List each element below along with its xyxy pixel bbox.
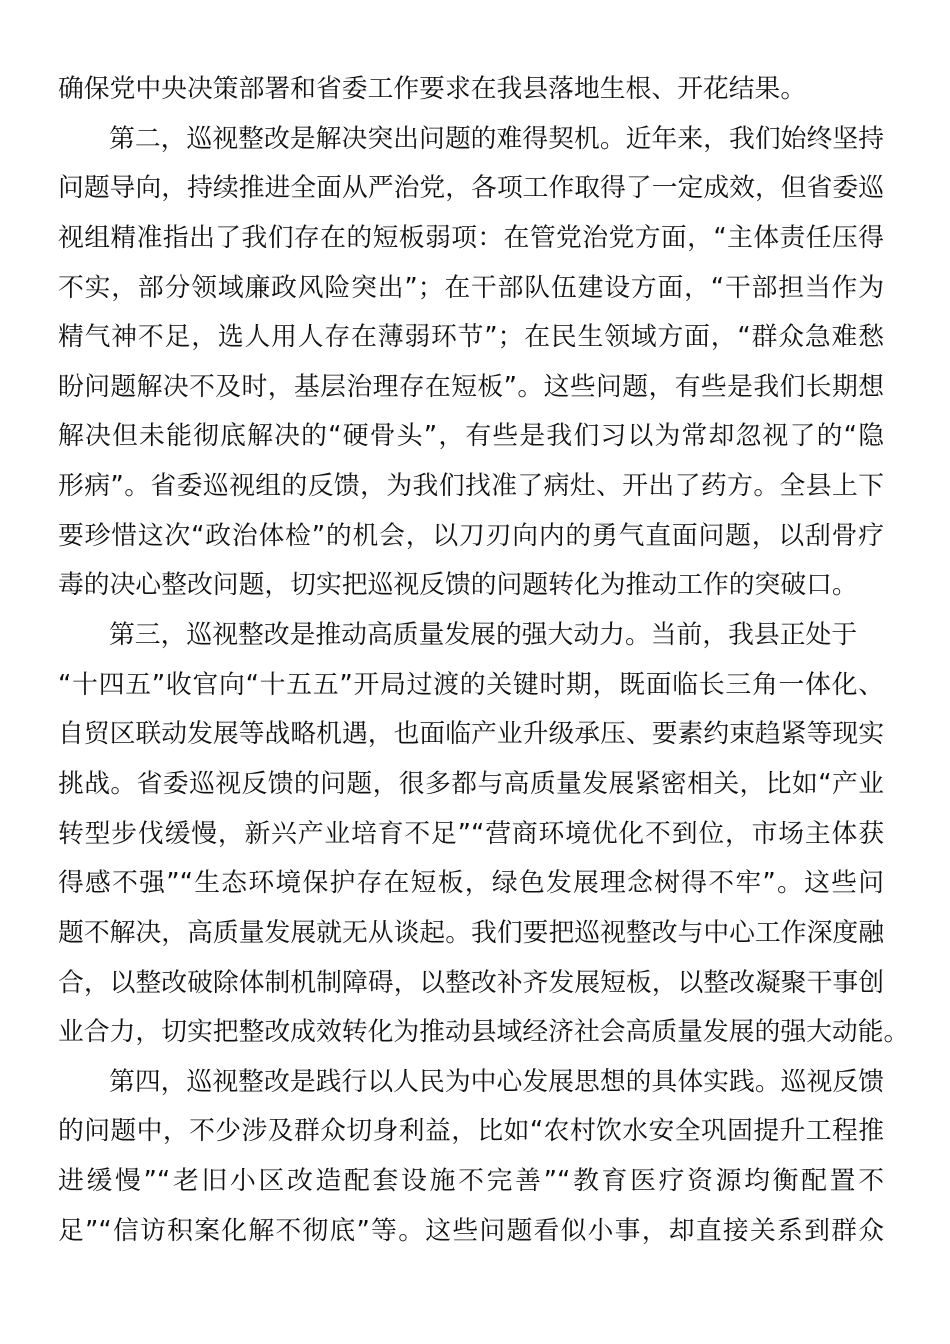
- text-line: 的问题中，不少涉及群众切身利益，比如“农村饮水安全巩固提升工程推: [58, 1107, 884, 1157]
- text-line: “十四五”收官向“十五五”开局过渡的关键时期，既面临长三角一体化、: [58, 661, 884, 711]
- text-line: 进缓慢”“老旧小区改造配套设施不完善”“教育医疗资源均衡配置不: [58, 1157, 884, 1207]
- text-line: 盼问题解决不及时，基层治理存在短板”。这些问题，有些是我们长期想: [58, 363, 884, 413]
- text-line: 转型步伐缓慢，新兴产业培育不足”“营商环境优化不到位，市场主体获: [58, 810, 884, 860]
- text-line: 确保党中央决策部署和省委工作要求在我县落地生根、开花结果。: [58, 65, 884, 115]
- text-line: 题不解决，高质量发展就无从谈起。我们要把巡视整改与中心工作深度融: [58, 909, 884, 959]
- text-line: 形病”。省委巡视组的反馈，为我们找准了病灶、开出了药方。全县上下: [58, 462, 884, 512]
- text-line: 不实，部分领域廉政风险突出”；在干部队伍建设方面，“干部担当作为: [58, 264, 884, 314]
- paragraph-continuation: 确保党中央决策部署和省委工作要求在我县落地生根、开花结果。: [58, 65, 884, 115]
- text-line: 精气神不足，选人用人存在薄弱环节”；在民生领域方面，“群众急难愁: [58, 313, 884, 363]
- document-body: 确保党中央决策部署和省委工作要求在我县落地生根、开花结果。 第二，巡视整改是解决…: [58, 65, 884, 1256]
- paragraph-first-line: 第四，巡视整改是践行以人民为中心发展思想的具体实践。巡视反馈: [58, 1058, 884, 1108]
- text-line: 挑战。省委巡视反馈的问题，很多都与高质量发展紧密相关，比如“产业: [58, 760, 884, 810]
- document-page: 确保党中央决策部署和省委工作要求在我县落地生根、开花结果。 第二，巡视整改是解决…: [0, 0, 950, 1344]
- text-line: 视组精准指出了我们存在的短板弱项：在管党治党方面，“主体责任压得: [58, 214, 884, 264]
- paragraph-first-line: 第三，巡视整改是推动高质量发展的强大动力。当前，我县正处于: [58, 611, 884, 661]
- text-line: 合，以整改破除体制机制障碍，以整改补齐发展短板，以整改凝聚干事创: [58, 959, 884, 1009]
- text-line: 得感不强”“生态环境保护存在短板，绿色发展理念树得不牢”。这些问: [58, 859, 884, 909]
- paragraph-first-line: 第二，巡视整改是解决突出问题的难得契机。近年来，我们始终坚持: [58, 115, 884, 165]
- text-line: 解决但未能彻底解决的“硬骨头”，有些是我们习以为常却忽视了的“隐: [58, 412, 884, 462]
- text-line: 问题导向，持续推进全面从严治党，各项工作取得了一定成效，但省委巡: [58, 164, 884, 214]
- text-line: 要珍惜这次“政治体检”的机会，以刀刃向内的勇气直面问题，以刮骨疗: [58, 512, 884, 562]
- paragraph-last-line: 毒的决心整改问题，切实把巡视反馈的问题转化为推动工作的突破口。: [58, 561, 884, 611]
- paragraph-third: 第三，巡视整改是推动高质量发展的强大动力。当前，我县正处于 “十四五”收官向“十…: [58, 611, 884, 1058]
- text-line: 自贸区联动发展等战略机遇，也面临产业升级承压、要素约束趋紧等现实: [58, 710, 884, 760]
- paragraph-last-line: 业合力，切实把整改成效转化为推动县域经济社会高质量发展的强大动能。: [58, 1008, 884, 1058]
- text-line: 足”“信访积案化解不彻底”等。这些问题看似小事，却直接关系到群众: [58, 1207, 884, 1257]
- paragraph-fourth: 第四，巡视整改是践行以人民为中心发展思想的具体实践。巡视反馈 的问题中，不少涉及…: [58, 1058, 884, 1257]
- paragraph-second: 第二，巡视整改是解决突出问题的难得契机。近年来，我们始终坚持 问题导向，持续推进…: [58, 115, 884, 611]
